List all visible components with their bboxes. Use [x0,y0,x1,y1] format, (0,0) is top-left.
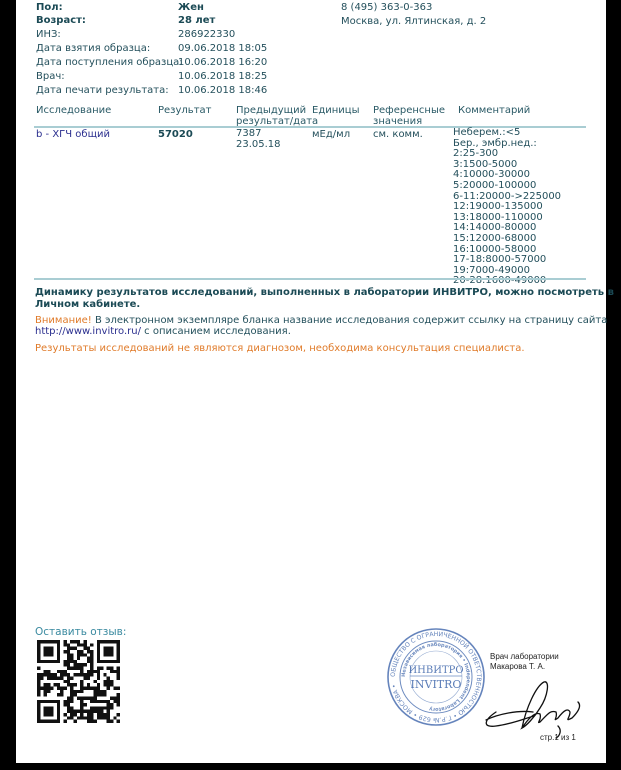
lab-result-page: Пол: Жен Возраст: 28 лет ИНЗ: 286922330 … [16,0,606,763]
dynamics-note-line2: Личном кабинете. [35,298,140,311]
invitro-site-link[interactable]: http://www.invitro.ru/ [35,326,141,337]
sample-taken-value: 09.06.2018 18:05 [178,42,267,55]
comment-reference-ranges: Неберем.:<5Бер., эмбр.нед.:2:25-3003:150… [453,128,561,287]
col-previous-header-1: Предыдущий [236,105,306,116]
attention-text-2: с описанием исследования. [141,326,291,337]
reference-value: см. комм. [373,128,423,141]
result-value: 57020 [158,128,193,141]
doctor-value: 10.06.2018 18:25 [178,70,267,83]
doctor-signature [478,668,588,740]
col-units-header: Единицы [312,105,359,116]
col-result-header: Результат [158,105,211,116]
inz-label: ИНЗ: [36,28,61,41]
disclaimer: Результаты исследований не являются диаг… [35,342,525,355]
previous-date: 23.05.18 [236,139,281,150]
sample-received-label: Дата поступления образца: [36,56,183,69]
print-date-value: 10.06.2018 18:46 [178,84,267,97]
lab-phone: 8 (495) 363-0-363 [341,1,432,14]
previous-value: 7387 [236,128,261,139]
comment-line: Неберем.:<5 [453,128,561,139]
table-bottom-rule [34,278,586,280]
lab-stamp: ОБЩЕСТВО С ОГРАНИЧЕННОЙ ОТВЕТСТВЕННОСТЬЮ… [385,626,487,728]
sex-label: Пол: [36,1,63,14]
inz-value: 286922330 [178,28,235,41]
age-label: Возраст: [36,14,86,27]
col-reference-header-1: Референсные [373,105,445,116]
lab-address: Москва, ул. Ялтинская, д. 2 [341,15,486,28]
svg-text:ИНВИТРО: ИНВИТРО [408,665,463,676]
sample-received-value: 10.06.2018 16:20 [178,56,267,69]
sample-taken-label: Дата взятия образца: [36,42,150,55]
page-counter: стр.1 из 1 [540,733,576,742]
svg-text:INVITRO: INVITRO [411,678,462,691]
comment-line: 15:12000-68000 [453,234,561,245]
feedback-qr-code[interactable] [37,640,120,723]
doctor-title: Врач лаборатории [490,652,559,661]
print-date-label: Дата печати результата: [36,84,169,97]
col-comment-header: Комментарий [458,105,530,116]
col-study-header: Исследование [36,105,111,116]
study-link[interactable]: b - ХГЧ общий [36,128,110,141]
attention-note-line2: http://www.invitro.ru/ с описанием иссле… [35,325,291,338]
comment-line: 5:20000-100000 [453,181,561,192]
units-value: мЕд/мл [312,128,350,141]
doctor-label: Врач: [36,70,65,83]
sex-value: Жен [178,1,204,14]
feedback-label: Оставить отзыв: [35,626,126,638]
svg-text:Независимая лаборатория • Inde: Независимая лаборатория • Independent La… [401,641,471,712]
age-value: 28 лет [178,14,215,27]
